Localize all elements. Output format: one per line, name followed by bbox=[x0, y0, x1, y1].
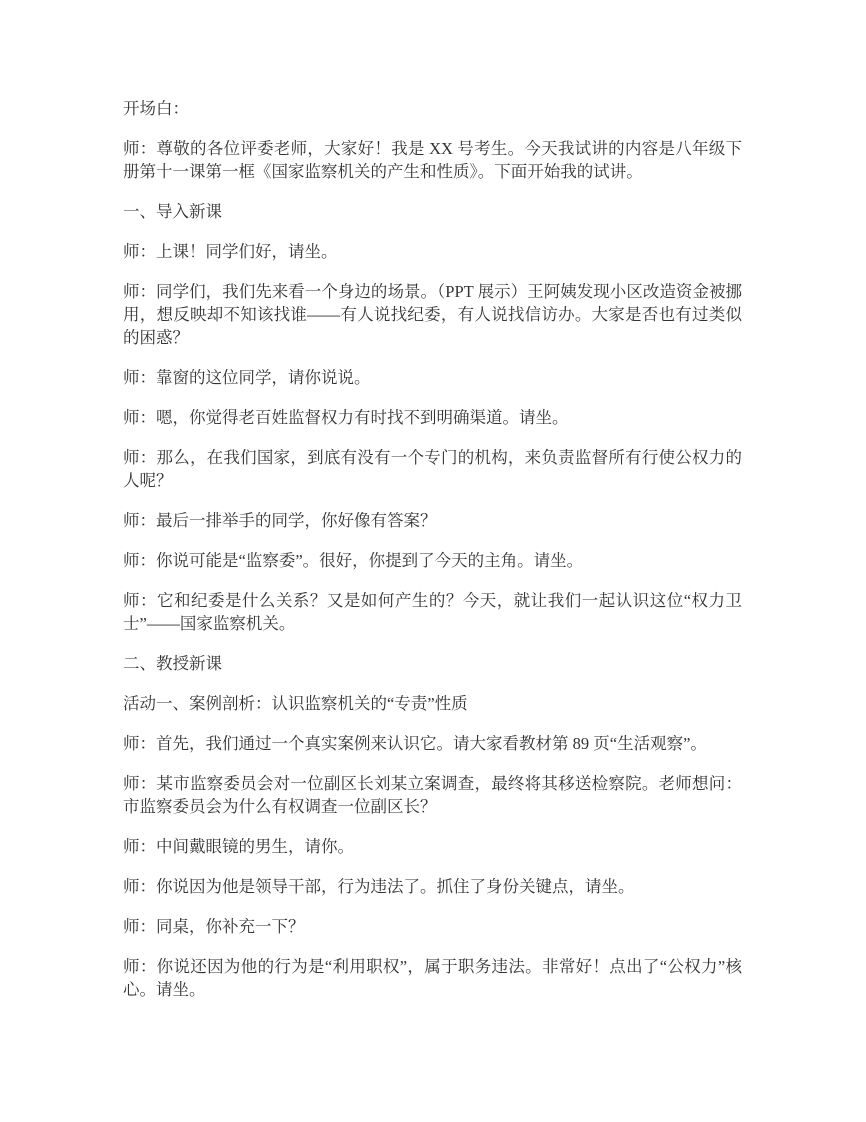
paragraph-self-introduction: 师：尊敬的各位评委老师，大家好！我是 XX 号考生。今天我试讲的内容是八年级下册… bbox=[123, 137, 742, 183]
paragraph-opening-label: 开场白： bbox=[123, 97, 742, 120]
paragraph-student-answer-power: 师：你说还因为他的行为是“利用职权”，属于职务违法。非常好！点出了“公权力”核心… bbox=[123, 955, 742, 1001]
paragraph-ask-back-row-student: 师：最后一排举手的同学，你好像有答案？ bbox=[123, 509, 742, 532]
section-heading-lead-in: 一、导入新课 bbox=[123, 200, 742, 223]
paragraph-student-answer-identity: 师：你说因为他是领导干部，行为违法了。抓住了身份关键点，请坐。 bbox=[123, 875, 742, 898]
paragraph-student-feedback-1: 师：嗯，你觉得老百姓监督权力有时找不到明确渠道。请坐。 bbox=[123, 406, 742, 429]
paragraph-student-answer-jianchawei: 师：你说可能是“监察委”。很好，你提到了今天的主角。请坐。 bbox=[123, 549, 742, 572]
document-page: 开场白： 师：尊敬的各位评委老师，大家好！我是 XX 号考生。今天我试讲的内容是… bbox=[0, 0, 866, 1122]
paragraph-case-description: 师：某市监察委员会对一位副区长刘某立案调查，最终将其移送检察院。老师想问：市监察… bbox=[123, 772, 742, 818]
paragraph-ask-deskmate: 师：同桌，你补充一下？ bbox=[123, 915, 742, 938]
paragraph-topic-introduction: 师：它和纪委是什么关系？又是如何产生的？今天，就让我们一起认识这位“权力卫士”—… bbox=[123, 589, 742, 635]
section-heading-new-lesson: 二、教授新课 bbox=[123, 652, 742, 675]
paragraph-class-start: 师：上课！同学们好，请坐。 bbox=[123, 240, 742, 263]
activity-one-heading: 活动一、案例剖析：认识监察机关的“专责”性质 bbox=[123, 692, 742, 715]
paragraph-textbook-reference: 师：首先，我们通过一个真实案例来认识它。请大家看教材第 89 页“生活观察”。 bbox=[123, 732, 742, 755]
paragraph-ask-glasses-student: 师：中间戴眼镜的男生，请你。 bbox=[123, 835, 742, 858]
paragraph-question-special-organ: 师：那么，在我们国家，到底有没有一个专门的机构，来负责监督所有行使公权力的人呢？ bbox=[123, 446, 742, 492]
paragraph-ask-window-student: 师：靠窗的这位同学，请你说说。 bbox=[123, 366, 742, 389]
paragraph-scenario: 师：同学们，我们先来看一个身边的场景。（PPT 展示）王阿姨发现小区改造资金被挪… bbox=[123, 280, 742, 349]
